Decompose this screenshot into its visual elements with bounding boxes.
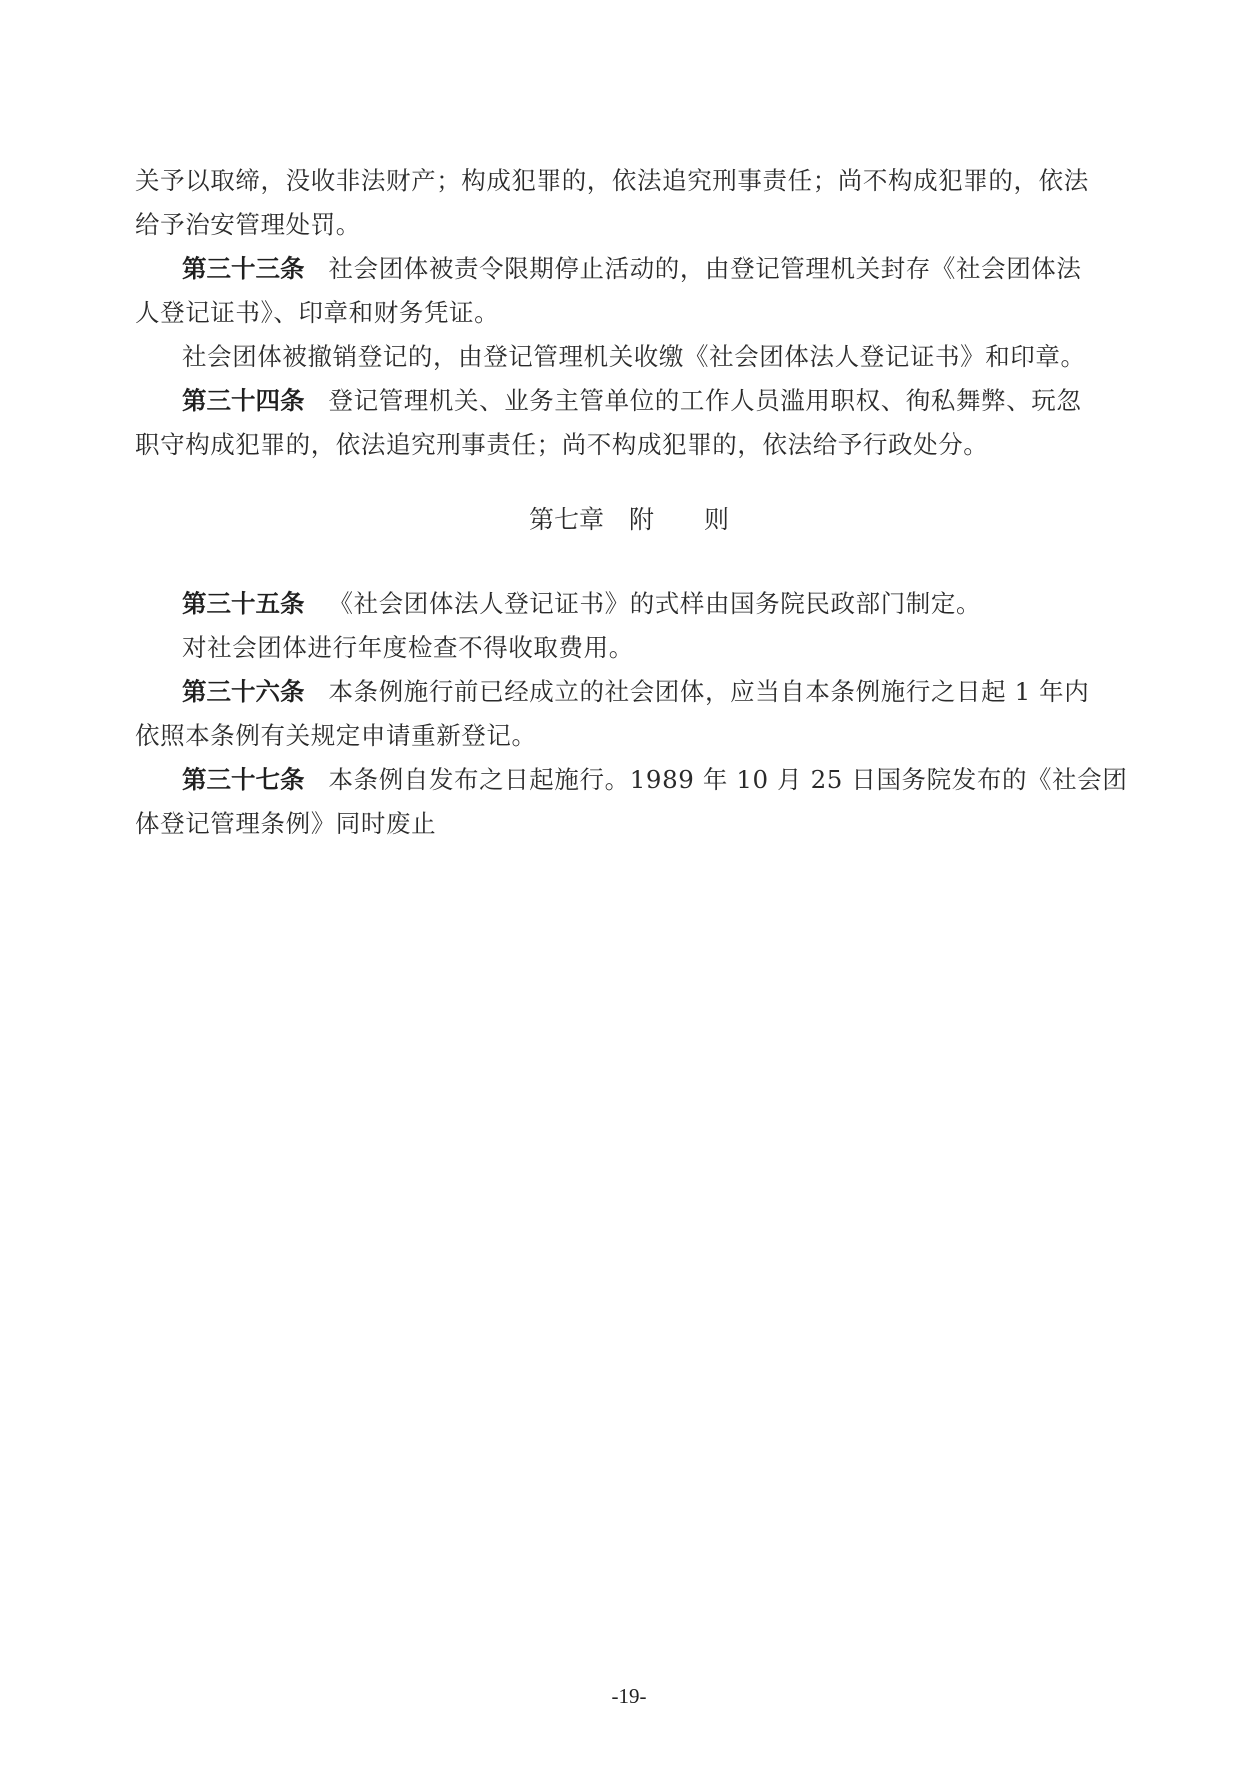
article-37: 第三十七条本条例自发布之日起施行。1989 年 10 月 25 日国务院发布的《… — [182, 764, 995, 796]
line-text: 对社会团体进行年度检查不得收取费用。 — [182, 633, 634, 662]
document-page: 关予以取缔，没收非法财产；构成犯罪的，依法追究刑事责任；尚不构成犯罪的，依法 给… — [0, 0, 1258, 1789]
article-33: 第三十三条社会团体被责令限期停止活动的，由登记管理机关封存《社会团体法 — [182, 253, 995, 285]
line-text: 本条例自发布之日起施行。1989 年 10 月 25 日国务院发布的《社会团 — [329, 765, 1128, 794]
paragraph-line: 人登记证书》、印章和财务凭证。 — [135, 297, 995, 329]
article-number: 第三十三条 — [182, 254, 305, 283]
article-number: 第三十七条 — [182, 765, 305, 794]
chapter-heading: 第七章 附 则 — [0, 504, 1258, 536]
line-text: 关予以取缔，没收非法财产；构成犯罪的，依法追究刑事责任；尚不构成犯罪的，依法 — [135, 166, 1089, 195]
paragraph-line: 体登记管理条例》同时废止 — [135, 808, 995, 840]
paragraph-line: 职守构成犯罪的，依法追究刑事责任；尚不构成犯罪的，依法给予行政处分。 — [135, 429, 995, 461]
line-text: 依照本条例有关规定申请重新登记。 — [135, 721, 537, 750]
paragraph-line: 关予以取缔，没收非法财产；构成犯罪的，依法追究刑事责任；尚不构成犯罪的，依法 — [135, 165, 995, 197]
line-text: 社会团体被撤销登记的，由登记管理机关收缴《社会团体法人登记证书》和印章。 — [182, 342, 1086, 371]
article-number: 第三十五条 — [182, 589, 305, 618]
article-number: 第三十四条 — [182, 386, 305, 415]
page-number: -19- — [0, 1684, 1258, 1709]
line-text: 职守构成犯罪的，依法追究刑事责任；尚不构成犯罪的，依法给予行政处分。 — [135, 430, 988, 459]
paragraph-line: 给予治安管理处罚。 — [135, 209, 995, 241]
line-text: 给予治安管理处罚。 — [135, 210, 361, 239]
article-35: 第三十五条《社会团体法人登记证书》的式样由国务院民政部门制定。 — [182, 588, 995, 620]
article-34: 第三十四条登记管理机关、业务主管单位的工作人员滥用职权、徇私舞弊、玩忽 — [182, 385, 995, 417]
article-36: 第三十六条本条例施行前已经成立的社会团体，应当自本条例施行之日起 1 年内 — [182, 676, 995, 708]
line-text: 登记管理机关、业务主管单位的工作人员滥用职权、徇私舞弊、玩忽 — [329, 386, 1082, 415]
line-text: 体登记管理条例》同时废止 — [135, 809, 436, 838]
paragraph-line: 社会团体被撤销登记的，由登记管理机关收缴《社会团体法人登记证书》和印章。 — [182, 341, 995, 373]
line-text: 人登记证书》、印章和财务凭证。 — [135, 298, 499, 327]
line-text: 《社会团体法人登记证书》的式样由国务院民政部门制定。 — [329, 589, 982, 618]
line-text: 社会团体被责令限期停止活动的，由登记管理机关封存《社会团体法 — [329, 254, 1082, 283]
article-number: 第三十六条 — [182, 677, 305, 706]
paragraph-line: 对社会团体进行年度检查不得收取费用。 — [182, 632, 995, 664]
line-text: 本条例施行前已经成立的社会团体，应当自本条例施行之日起 1 年内 — [329, 677, 1090, 706]
paragraph-line: 依照本条例有关规定申请重新登记。 — [135, 720, 995, 752]
